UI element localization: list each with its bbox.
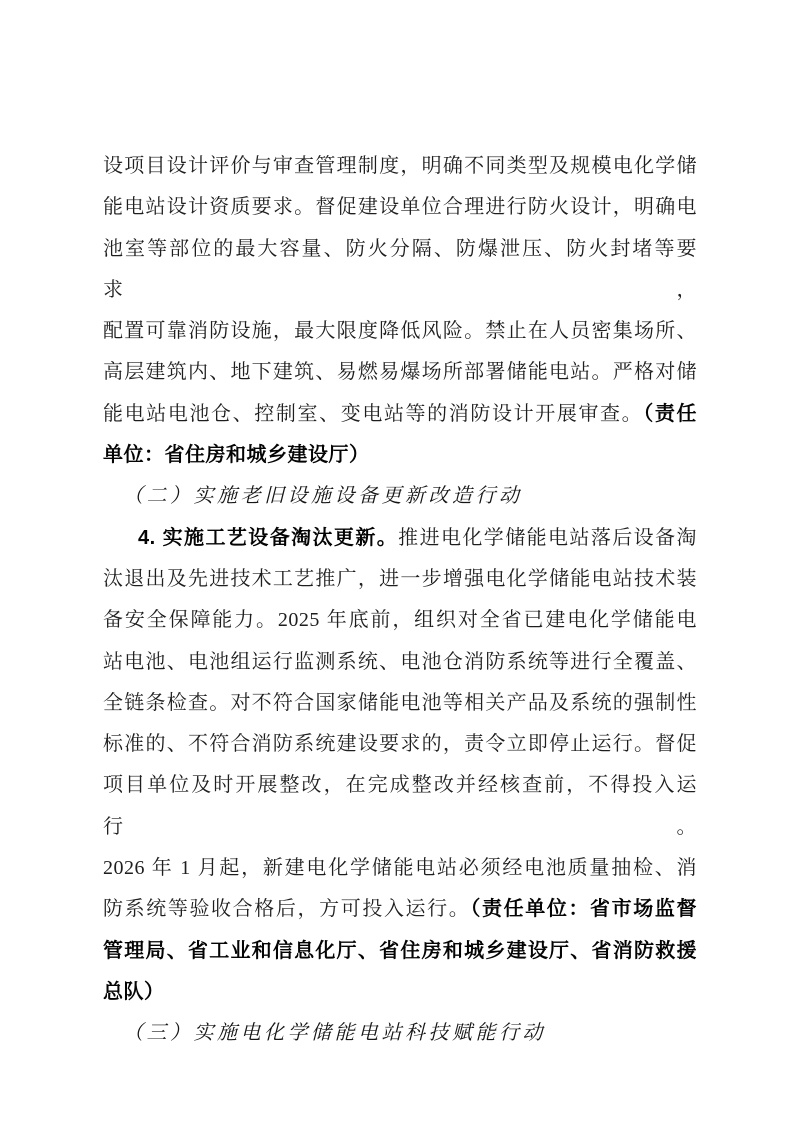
text-segment-song: 标准的、不符合消防系统建设要求的，责令立即停止运行。督促 — [103, 733, 697, 755]
text-segment-kai: （三）实施电化学储能电站科技赋能行动 — [123, 1022, 546, 1044]
document-page: 设项目设计评价与审查管理制度，明确不同类型及规模电化学储能电站设计资质要求。督促… — [0, 0, 793, 1122]
text-segment-song: 2026 年 1 月起，新建电化学储能电站必须经电池质量抽检、消 — [103, 857, 697, 879]
text-segment-song: 项目单位及时开展整改，在完成整改并经核查前，不得投入运行。 — [103, 774, 697, 837]
text-segment-song: 配置可靠消防设施，最大限度降低风险。禁止在人员密集场所、 — [103, 320, 697, 342]
text-line: 汰退出及先进技术工艺推广，进一步增强电化学储能电站技术装 — [103, 559, 697, 600]
text-segment-hei: 4. 实施工艺设备淘汰更新。 — [138, 527, 398, 549]
text-line: 4. 实施工艺设备淘汰更新。推进电化学储能电站落后设备淘 — [103, 518, 697, 559]
text-segment-song: 池室等部位的最大容量、防火分隔、防爆泄压、防火封堵等要求， — [103, 238, 697, 301]
text-segment-song: 汰退出及先进技术工艺推广，进一步增强电化学储能电站技术装 — [103, 568, 697, 590]
text-line: 配置可靠消防设施，最大限度降低风险。禁止在人员密集场所、 — [103, 311, 697, 352]
text-segment-hei: （责任单位：省市场监督 — [470, 898, 697, 920]
text-segment-kai: （二）实施老旧设施设备更新改造行动 — [123, 485, 523, 507]
text-line: （三）实施电化学储能电站科技赋能行动 — [103, 1013, 697, 1054]
text-segment-song: 推进电化学储能电站落后设备淘 — [398, 527, 697, 549]
text-line: 池室等部位的最大容量、防火分隔、防爆泄压、防火封堵等要求， — [103, 229, 697, 312]
text-line: 标准的、不符合消防系统建设要求的，责令立即停止运行。督促 — [103, 724, 697, 765]
text-line: 能电站电池仓、控制室、变电站等的消防设计开展审查。（责任 — [103, 394, 697, 435]
text-line: 总队） — [103, 972, 697, 1013]
text-line: 2026 年 1 月起，新建电化学储能电站必须经电池质量抽检、消 — [103, 848, 697, 889]
document-text-area: 设项目设计评价与审查管理制度，明确不同类型及规模电化学储能电站设计资质要求。督促… — [103, 146, 697, 1055]
text-segment-song: 备安全保障能力。2025 年底前，组织对全省已建电化学储能电 — [103, 609, 697, 631]
text-segment-hei: 单位：省住房和城乡建设厅） — [103, 444, 370, 466]
text-line: 备安全保障能力。2025 年底前，组织对全省已建电化学储能电 — [103, 600, 697, 641]
text-segment-song: 能电站设计资质要求。督促建设单位合理进行防火设计，明确电 — [103, 196, 697, 218]
text-segment-song: 防系统等验收合格后，方可投入运行。 — [103, 898, 470, 920]
text-line: 单位：省住房和城乡建设厅） — [103, 435, 697, 476]
text-segment-hei: 总队） — [103, 981, 165, 1003]
text-segment-song: 站电池、电池组运行监测系统、电池仓消防系统等进行全覆盖、 — [103, 651, 697, 673]
text-line: 项目单位及时开展整改，在完成整改并经核查前，不得投入运行。 — [103, 765, 697, 848]
text-line: 高层建筑内、地下建筑、易燃易爆场所部署储能电站。严格对储 — [103, 352, 697, 393]
text-line: （二）实施老旧设施设备更新改造行动 — [103, 476, 697, 517]
text-segment-song: 高层建筑内、地下建筑、易燃易爆场所部署储能电站。严格对储 — [103, 361, 697, 383]
text-segment-hei: （责任 — [643, 403, 697, 425]
text-segment-song: 全链条检查。对不符合国家储能电池等相关产品及系统的强制性 — [103, 692, 697, 714]
text-line: 管理局、省工业和信息化厅、省住房和城乡建设厅、省消防救援 — [103, 931, 697, 972]
text-line: 全链条检查。对不符合国家储能电池等相关产品及系统的强制性 — [103, 683, 697, 724]
text-segment-hei: 管理局、省工业和信息化厅、省住房和城乡建设厅、省消防救援 — [103, 940, 697, 962]
text-line: 能电站设计资质要求。督促建设单位合理进行防火设计，明确电 — [103, 187, 697, 228]
text-line: 防系统等验收合格后，方可投入运行。（责任单位：省市场监督 — [103, 889, 697, 930]
text-line: 设项目设计评价与审查管理制度，明确不同类型及规模电化学储 — [103, 146, 697, 187]
text-segment-song: 能电站电池仓、控制室、变电站等的消防设计开展审查。 — [103, 403, 643, 425]
text-segment-song: 设项目设计评价与审查管理制度，明确不同类型及规模电化学储 — [103, 155, 697, 177]
text-line: 站电池、电池组运行监测系统、电池仓消防系统等进行全覆盖、 — [103, 642, 697, 683]
